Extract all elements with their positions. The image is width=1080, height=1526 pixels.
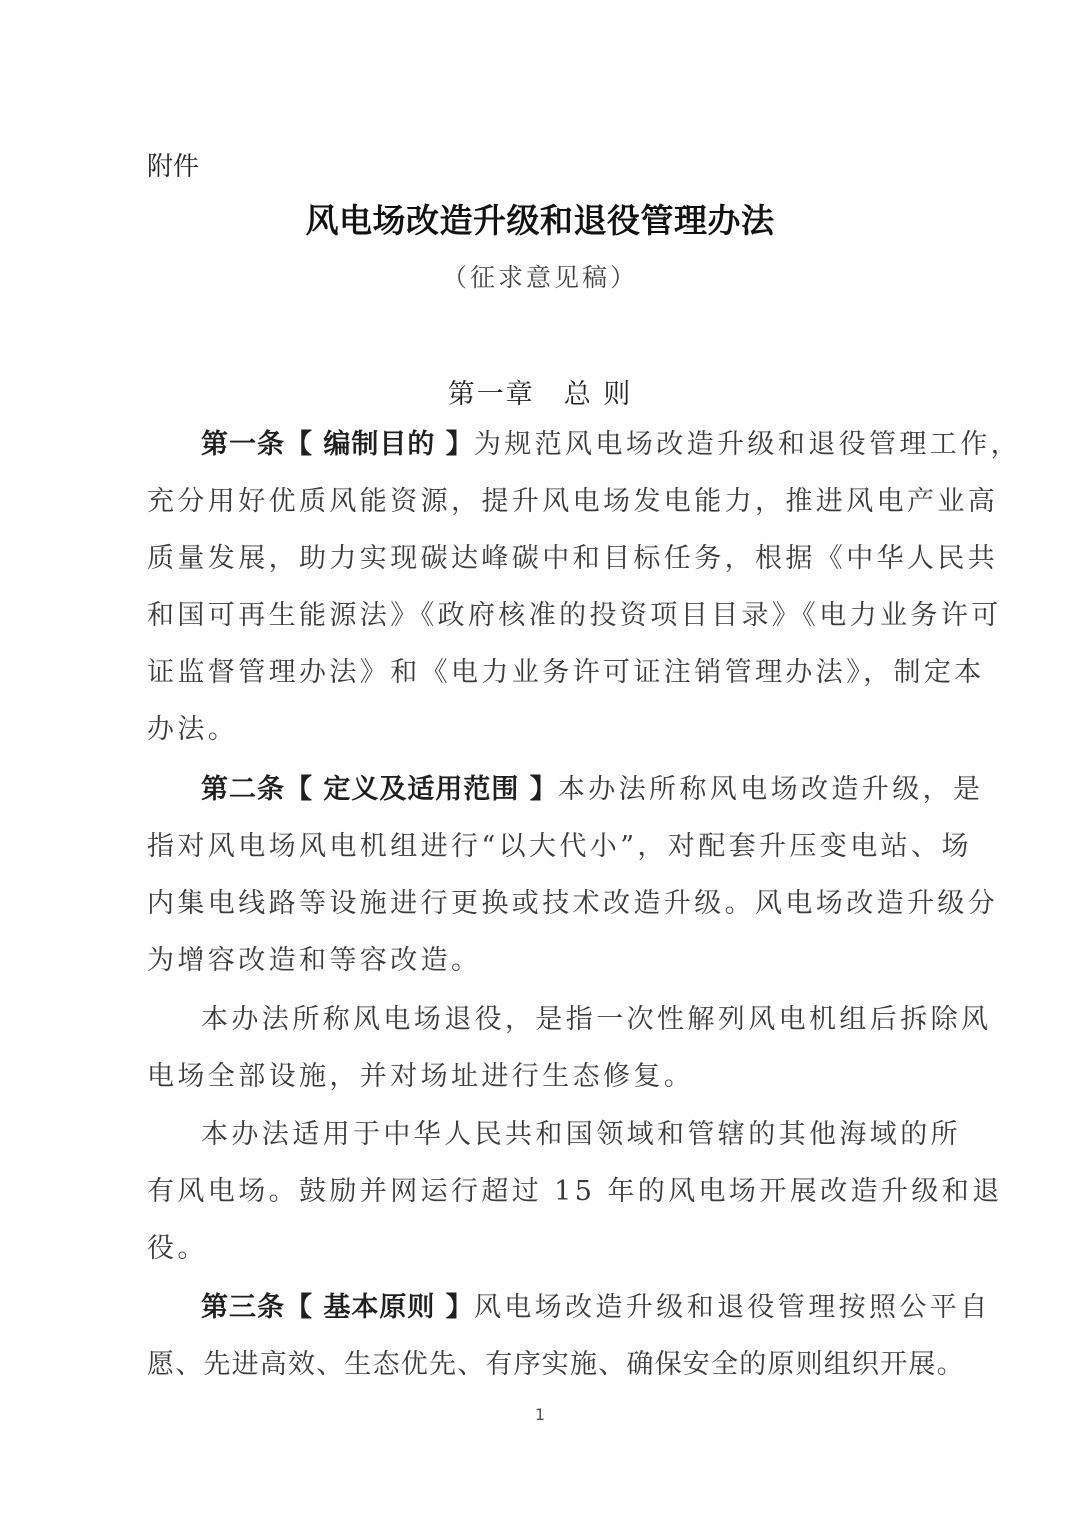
document-subtitle: （征求意见稿） [0, 258, 1080, 294]
article-2-label: 第二条【 定义及适用范围 】 [201, 774, 558, 805]
article-2-paragraph-3-line: 役。 [147, 1229, 892, 1269]
article-1-text: 为规范风电场改造升级和退役管理工作， [474, 429, 1021, 460]
article-3-text: 风电场改造升级和退役管理按照公平自 [474, 1292, 991, 1323]
article-2-first-line: 第二条【 定义及适用范围 】本办法所称风电场改造升级，是 [201, 770, 892, 810]
article-1-line: 充分用好优质风能资源，提升风电场发电能力，推进风电产业高 [147, 482, 892, 522]
article-2-line: 内集电线路等设施进行更换或技术改造升级。风电场改造升级分 [147, 884, 892, 924]
article-2-paragraph-2-line: 本办法所称风电场退役，是指一次性解列风电机组后拆除风 [201, 1000, 892, 1040]
document-page: 附件 风电场改造升级和退役管理办法 （征求意见稿） 第一章 总 则 第一条【 编… [0, 0, 1080, 1526]
article-3-line: 愿、先进高效、生态优先、有序实施、确保安全的原则组织开展。 [147, 1345, 892, 1385]
attachment-label: 附件 [147, 146, 199, 183]
article-1-line: 质量发展，助力实现碳达峰碳中和目标任务，根据《中华人民共 [147, 539, 892, 579]
article-2-line: 为增容改造和等容改造。 [147, 941, 892, 981]
article-2-text: 本办法所称风电场改造升级，是 [558, 774, 984, 805]
article-1-line: 办法。 [147, 710, 892, 750]
article-1-label: 第一条【 编制目的 】 [201, 429, 474, 460]
article-3-first-line: 第三条【 基本原则 】风电场改造升级和退役管理按照公平自 [201, 1288, 892, 1328]
article-1-line: 证监督管理办法》和《电力业务许可证注销管理办法》，制定本 [147, 653, 892, 693]
article-1-first-line: 第一条【 编制目的 】为规范风电场改造升级和退役管理工作， [201, 425, 892, 465]
article-2-line: 指对风电场风电机组进行“以大代小”，对配套升压变电站、场 [147, 827, 892, 867]
article-2-paragraph-3-line: 有风电场。鼓励并网运行超过 15 年的风电场开展改造升级和退 [147, 1172, 892, 1212]
chapter-heading: 第一章 总 则 [0, 372, 1080, 411]
article-3-label: 第三条【 基本原则 】 [201, 1292, 474, 1323]
article-2-paragraph-3-line: 本办法适用于中华人民共和国领域和管辖的其他海域的所 [201, 1115, 892, 1155]
page-number: 1 [0, 1405, 1080, 1424]
article-1-line: 和国可再生能源法》《政府核准的投资项目目录》《电力业务许可 [147, 596, 892, 636]
document-title: 风电场改造升级和退役管理办法 [0, 195, 1080, 242]
article-2-paragraph-2-line: 电场全部设施，并对场址进行生态修复。 [147, 1057, 892, 1097]
